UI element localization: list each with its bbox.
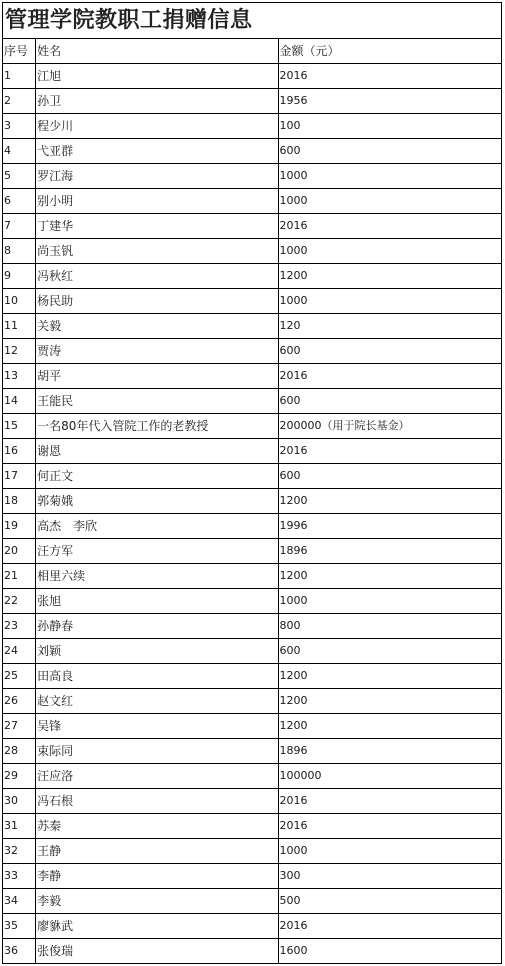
row-number-cell: 33 [3,864,36,889]
row-number-cell: 28 [3,739,36,764]
table-row: 17何正文600 [3,464,502,489]
donation-amount-cell: 600 [278,139,501,164]
row-number-cell: 27 [3,714,36,739]
table-row: 35廖貅武2016 [3,914,502,939]
row-number-cell: 1 [3,64,36,89]
donation-amount-cell: 600 [278,639,501,664]
table-row: 18郭菊娥1200 [3,489,502,514]
column-header-amount: 金额（元） [278,39,501,64]
table-row: 25田高良1200 [3,664,502,689]
donation-amount-cell: 2016 [278,364,501,389]
column-header-no: 序号 [3,39,36,64]
table-row: 26赵文红1200 [3,689,502,714]
row-number-cell: 31 [3,814,36,839]
donation-amount-cell: 1996 [278,514,501,539]
table-row: 16谢恩2016 [3,439,502,464]
table-row: 4弋亚群600 [3,139,502,164]
table-row: 9冯秋红1200 [3,264,502,289]
donation-amount-cell: 1896 [278,739,501,764]
donation-amount-cell: 1200 [278,689,501,714]
donation-amount-cell: 120 [278,314,501,339]
donation-amount-cell: 500 [278,889,501,914]
table-row: 19高杰 李欣1996 [3,514,502,539]
row-number-cell: 12 [3,339,36,364]
donor-name-cell: 尚玉钒 [36,239,278,264]
table-row: 3程少川100 [3,114,502,139]
donor-name-cell: 高杰 李欣 [36,514,278,539]
donation-amount-cell: 2016 [278,439,501,464]
row-number-cell: 21 [3,564,36,589]
donation-amount-cell: 2016 [278,214,501,239]
row-number-cell: 29 [3,764,36,789]
row-number-cell: 6 [3,189,36,214]
row-number-cell: 9 [3,264,36,289]
donor-name-cell: 关毅 [36,314,278,339]
row-number-cell: 32 [3,839,36,864]
table-row: 31苏秦2016 [3,814,502,839]
donor-name-cell: 王静 [36,839,278,864]
donor-name-cell: 孙卫 [36,89,278,114]
donor-name-cell: 贾涛 [36,339,278,364]
table-row: 30冯石根2016 [3,789,502,814]
row-number-cell: 11 [3,314,36,339]
donor-name-cell: 张俊瑞 [36,939,278,964]
table-row: 8尚玉钒1000 [3,239,502,264]
row-number-cell: 34 [3,889,36,914]
donation-amount-cell: 1200 [278,664,501,689]
row-number-cell: 18 [3,489,36,514]
donor-name-cell: 相里六续 [36,564,278,589]
table-row: 27吴锋1200 [3,714,502,739]
row-number-cell: 14 [3,389,36,414]
table-row: 1江旭2016 [3,64,502,89]
row-number-cell: 25 [3,664,36,689]
table-row: 7丁建华2016 [3,214,502,239]
donor-name-cell: 孙静春 [36,614,278,639]
donor-name-cell: 李毅 [36,889,278,914]
donation-amount-cell: 1000 [278,189,501,214]
table-row: 33李静300 [3,864,502,889]
table-row: 32王静1000 [3,839,502,864]
table-row: 15一名80年代入管院工作的老教授200000（用于院长基金） [3,414,502,439]
row-number-cell: 8 [3,239,36,264]
donation-table: 管理学院教职工捐赠信息 序号 姓名 金额（元） 1江旭20162孙卫19563程… [2,2,502,964]
donation-amount-cell: 1600 [278,939,501,964]
donation-amount-cell: 1956 [278,89,501,114]
donor-name-cell: 谢恩 [36,439,278,464]
table-row: 36张俊瑞1600 [3,939,502,964]
table-row: 2孙卫1956 [3,89,502,114]
donor-name-cell: 李静 [36,864,278,889]
table-row: 10杨民助1000 [3,289,502,314]
table-row: 13胡平2016 [3,364,502,389]
donor-name-cell: 一名80年代入管院工作的老教授 [36,414,278,439]
donor-name-cell: 汪应洛 [36,764,278,789]
table-row: 20汪方军1896 [3,539,502,564]
donor-name-cell: 汪方军 [36,539,278,564]
row-number-cell: 30 [3,789,36,814]
row-number-cell: 22 [3,589,36,614]
row-number-cell: 26 [3,689,36,714]
donor-name-cell: 胡平 [36,364,278,389]
table-row: 24刘颖600 [3,639,502,664]
title-row: 管理学院教职工捐赠信息 [3,3,502,39]
donation-amount-cell: 1000 [278,589,501,614]
row-number-cell: 17 [3,464,36,489]
row-number-cell: 35 [3,914,36,939]
donor-name-cell: 别小明 [36,189,278,214]
table-row: 22张旭1000 [3,589,502,614]
row-number-cell: 36 [3,939,36,964]
row-number-cell: 20 [3,539,36,564]
header-row: 序号 姓名 金额（元） [3,39,502,64]
table-row: 6别小明1000 [3,189,502,214]
donor-name-cell: 弋亚群 [36,139,278,164]
donor-name-cell: 束际同 [36,739,278,764]
donation-amount-cell: 600 [278,464,501,489]
donor-name-cell: 苏秦 [36,814,278,839]
table-row: 14王能民600 [3,389,502,414]
table-row: 11关毅120 [3,314,502,339]
donation-amount-cell: 1000 [278,839,501,864]
donation-amount-cell: 2016 [278,64,501,89]
donation-amount-cell: 100 [278,114,501,139]
donation-amount-cell: 1200 [278,489,501,514]
table-row: 29汪应洛100000 [3,764,502,789]
donation-amount-cell: 300 [278,864,501,889]
page-title: 管理学院教职工捐赠信息 [3,3,502,39]
donor-name-cell: 张旭 [36,589,278,614]
donation-amount-cell: 2016 [278,814,501,839]
donor-name-cell: 丁建华 [36,214,278,239]
donation-amount-cell: 1200 [278,714,501,739]
row-number-cell: 2 [3,89,36,114]
donor-name-cell: 程少川 [36,114,278,139]
column-header-name: 姓名 [36,39,278,64]
table-row: 5罗江海1000 [3,164,502,189]
donation-amount-cell: 1000 [278,239,501,264]
donor-name-cell: 田高良 [36,664,278,689]
row-number-cell: 19 [3,514,36,539]
row-number-cell: 23 [3,614,36,639]
donation-amount-cell: 1000 [278,289,501,314]
donation-amount-cell: 2016 [278,789,501,814]
row-number-cell: 24 [3,639,36,664]
donor-name-cell: 吴锋 [36,714,278,739]
row-number-cell: 5 [3,164,36,189]
donation-amount-cell: 200000（用于院长基金） [278,414,501,439]
table-row: 21相里六续1200 [3,564,502,589]
donor-name-cell: 赵文红 [36,689,278,714]
row-number-cell: 13 [3,364,36,389]
donor-name-cell: 何正文 [36,464,278,489]
donation-amount-cell: 1200 [278,564,501,589]
donor-name-cell: 江旭 [36,64,278,89]
donor-name-cell: 冯秋红 [36,264,278,289]
donation-amount-cell: 600 [278,389,501,414]
row-number-cell: 3 [3,114,36,139]
donor-name-cell: 廖貅武 [36,914,278,939]
row-number-cell: 10 [3,289,36,314]
row-number-cell: 7 [3,214,36,239]
table-row: 23孙静春800 [3,614,502,639]
donation-amount-cell: 1200 [278,264,501,289]
row-number-cell: 16 [3,439,36,464]
donor-name-cell: 罗江海 [36,164,278,189]
donor-name-cell: 刘颖 [36,639,278,664]
donation-amount-cell: 1000 [278,164,501,189]
donor-name-cell: 杨民助 [36,289,278,314]
donor-name-cell: 郭菊娥 [36,489,278,514]
donor-name-cell: 王能民 [36,389,278,414]
donation-amount-cell: 2016 [278,914,501,939]
table-row: 34李毅500 [3,889,502,914]
donation-amount-cell: 800 [278,614,501,639]
row-number-cell: 15 [3,414,36,439]
row-number-cell: 4 [3,139,36,164]
donor-name-cell: 冯石根 [36,789,278,814]
donation-amount-cell: 600 [278,339,501,364]
donation-amount-cell: 1896 [278,539,501,564]
table-row: 28束际同1896 [3,739,502,764]
donation-amount-cell: 100000 [278,764,501,789]
table-row: 12贾涛600 [3,339,502,364]
